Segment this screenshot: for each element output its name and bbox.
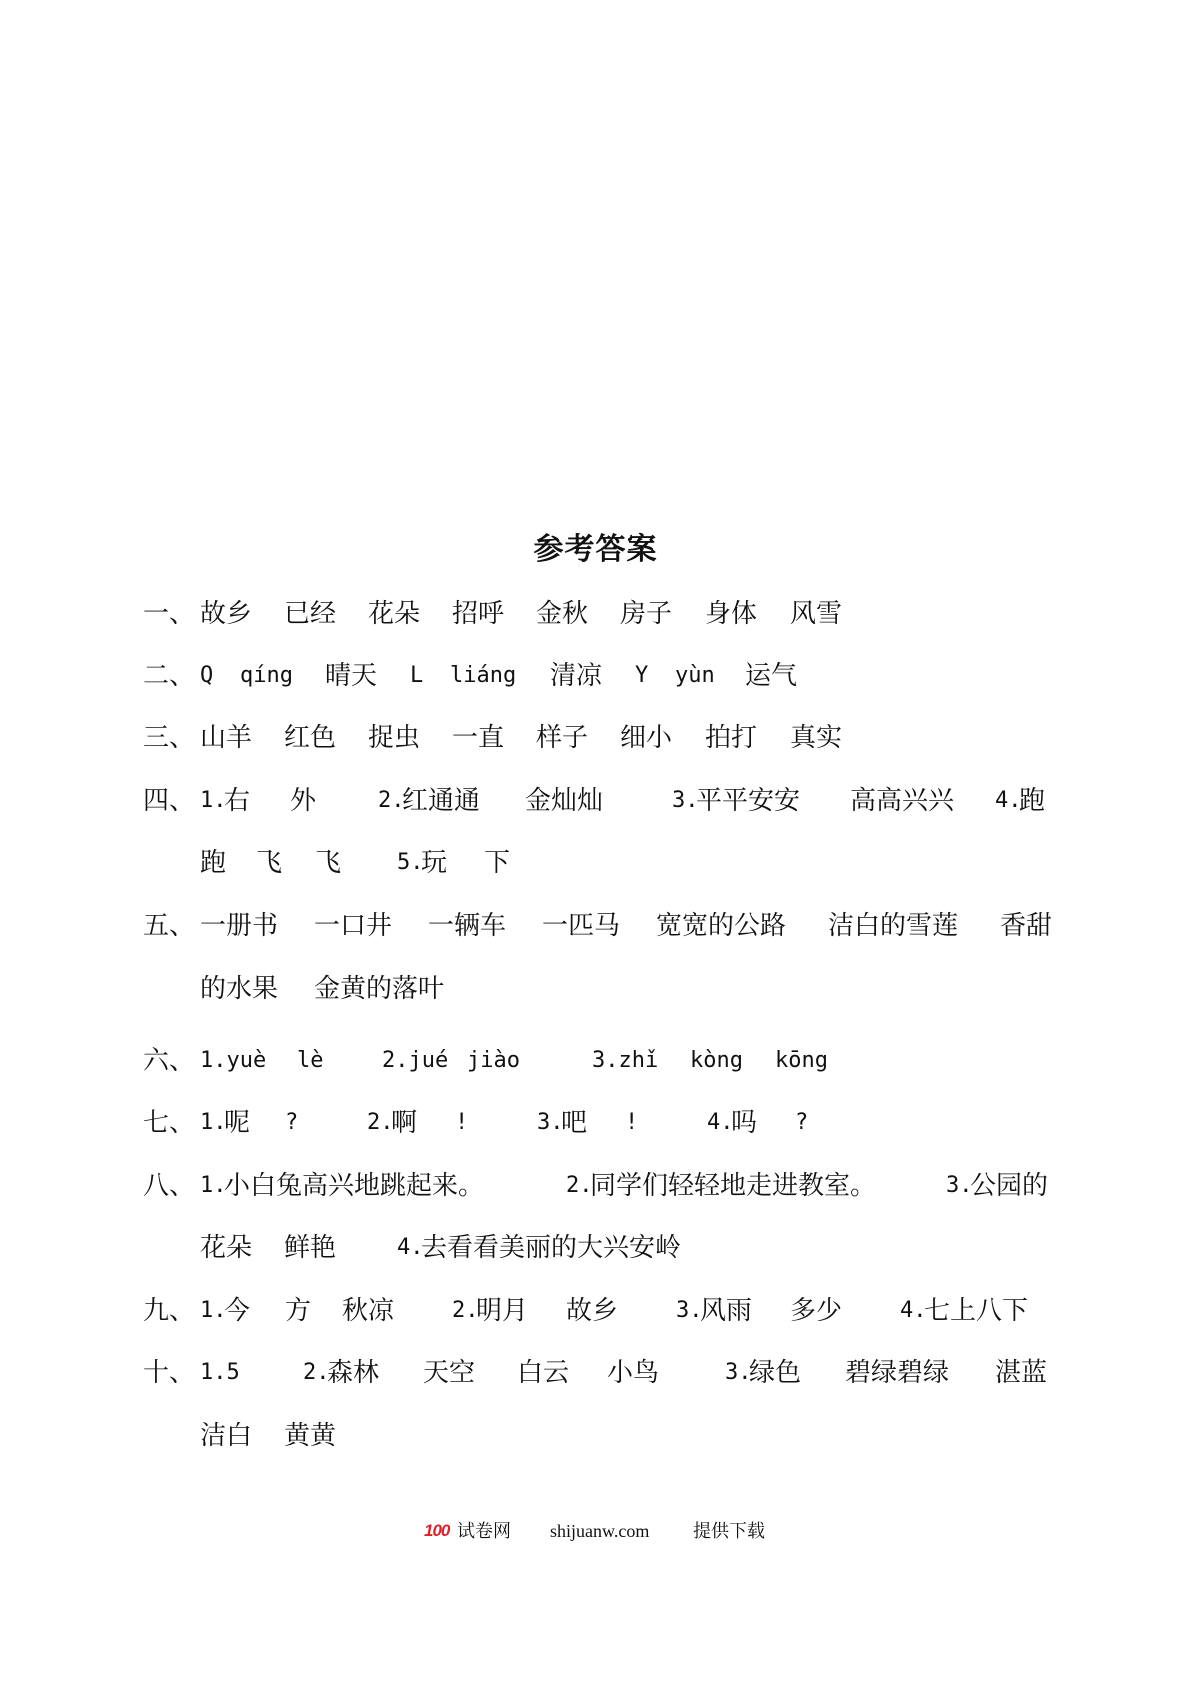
answer-text: 2. [303, 1353, 330, 1393]
answer-text: 5. [397, 843, 424, 883]
section-number: 二、 [143, 656, 195, 696]
answer-text: 小白兔高兴地跳起来。 [224, 1166, 484, 1206]
answer-text: 公园的 [970, 1166, 1048, 1206]
answer-row: 跑飞飞5.玩下 [0, 843, 1191, 883]
answer-text: 4. [900, 1291, 927, 1331]
answer-text: 2. [367, 1103, 394, 1143]
answer-text: 1. [200, 781, 227, 821]
answer-row: 八、1.小白兔高兴地跳起来。2.同学们轻轻地走进教室。3.公园的 [0, 1166, 1191, 1206]
answer-text: 拍打 [705, 718, 757, 758]
answer-text: 湛蓝 [995, 1353, 1047, 1393]
answer-text: 清凉 [550, 656, 602, 696]
answer-row: 四、1.右外2.红通通金灿灿3.平平安安高高兴兴4.跑 [0, 781, 1191, 821]
section-number: 七、 [143, 1103, 195, 1143]
answer-text: 2.jué [382, 1041, 448, 1081]
answer-text: 明月 [476, 1291, 528, 1331]
answer-text: 招呼 [452, 594, 504, 634]
answer-text: 晴天 [325, 656, 377, 696]
answer-text: 跑 [200, 843, 226, 883]
section-number: 十、 [143, 1353, 195, 1393]
answer-text: 1. [200, 1291, 227, 1331]
answer-text: 金秋 [536, 594, 588, 634]
answer-text: 细小 [620, 718, 672, 758]
answer-text: lè [297, 1041, 324, 1081]
answer-text: kòng [690, 1041, 743, 1081]
site-name: 试卷网 [457, 1517, 511, 1545]
answer-text: ! [455, 1103, 468, 1143]
answer-text: 3. [725, 1353, 752, 1393]
answer-text: 一册书 [200, 906, 278, 946]
answer-text: 飞 [315, 843, 341, 883]
answer-row: 一、故乡已经花朵招呼金秋房子身体风雪 [0, 594, 1191, 634]
answer-text: 秋凉 [342, 1291, 394, 1331]
answer-text: 吗 [731, 1103, 757, 1143]
answer-text: ! [625, 1103, 638, 1143]
answer-text: 今 [224, 1291, 250, 1331]
answer-text: 故乡 [200, 594, 252, 634]
answer-text: 去看看美丽的大兴安岭 [421, 1228, 681, 1268]
answer-text: 3. [676, 1291, 703, 1331]
answer-text: kōng [775, 1041, 828, 1081]
answer-text: 已经 [284, 594, 336, 634]
answer-text: 身体 [705, 594, 757, 634]
page-footer: 100 试卷网 shijuanw.com 提供下载 [0, 1517, 1191, 1545]
answer-text: 玩 [421, 843, 447, 883]
answer-text: 方 [285, 1291, 311, 1331]
answer-text: 样子 [536, 718, 588, 758]
answer-text: 的水果 [200, 969, 278, 1009]
answer-text: 运气 [745, 656, 797, 696]
answer-text: jiào [467, 1041, 520, 1081]
answer-text: 洁白的雪莲 [828, 906, 958, 946]
answer-text: 1. [200, 1103, 227, 1143]
answer-text: 金黄的落叶 [314, 969, 444, 1009]
answer-text: 跑 [1019, 781, 1045, 821]
site-domain-link[interactable]: shijuanw.com [550, 1517, 649, 1545]
answer-text: 右 [224, 781, 250, 821]
section-number: 六、 [143, 1041, 195, 1081]
section-number: 九、 [143, 1291, 195, 1331]
section-number: 八、 [143, 1166, 195, 1206]
answer-text: 鲜艳 [284, 1228, 336, 1268]
answer-text: 香甜 [1000, 906, 1052, 946]
answer-text: 3. [672, 781, 699, 821]
answer-text: 小鸟 [607, 1353, 659, 1393]
answer-text: 1. [200, 1166, 227, 1206]
answer-text: ? [795, 1103, 808, 1143]
answer-text: 一直 [452, 718, 504, 758]
answer-text: liáng [450, 656, 516, 696]
answer-text: 房子 [620, 594, 672, 634]
answer-text: 一辆车 [428, 906, 506, 946]
answer-row: 花朵鲜艳4.去看看美丽的大兴安岭 [0, 1228, 1191, 1268]
answer-text: 花朵 [200, 1228, 252, 1268]
section-number: 五、 [143, 906, 195, 946]
answer-text: 风雪 [790, 594, 842, 634]
answer-text: 捉虫 [368, 718, 420, 758]
answer-text: qíng [240, 656, 293, 696]
answer-key-page: 参考答案 一、故乡已经花朵招呼金秋房子身体风雪二、Qqíng晴天Lliáng清凉… [0, 0, 1191, 1684]
answer-text: 宽宽的公路 [656, 906, 786, 946]
answer-text: 2. [566, 1166, 593, 1206]
answer-text: 黄黄 [284, 1416, 336, 1456]
answer-text: 白云 [517, 1353, 569, 1393]
answer-row: 三、山羊红色捉虫一直样子细小拍打真实 [0, 718, 1191, 758]
download-note: 提供下载 [693, 1517, 765, 1545]
answer-text: 绿色 [749, 1353, 801, 1393]
answer-text: 风雨 [700, 1291, 752, 1331]
answer-text: 呢 [224, 1103, 250, 1143]
section-number: 四、 [143, 781, 195, 821]
answer-text: 一匹马 [542, 906, 620, 946]
answer-text: 下 [484, 843, 510, 883]
answer-text: 天空 [423, 1353, 475, 1393]
answer-text: Q [200, 656, 213, 696]
section-number: 三、 [143, 718, 195, 758]
answer-text: 七上八下 [924, 1291, 1028, 1331]
answer-text: 高高兴兴 [850, 781, 954, 821]
answer-text: 故乡 [566, 1291, 618, 1331]
answer-row: 的水果金黄的落叶 [0, 969, 1191, 1009]
answer-text: 山羊 [200, 718, 252, 758]
answer-row: 洁白黄黄 [0, 1416, 1191, 1456]
answer-text: 1.5 [200, 1353, 240, 1393]
site-logo-icon: 100 [424, 1517, 449, 1545]
answer-row: 二、Qqíng晴天Lliáng清凉Yyùn运气 [0, 656, 1191, 696]
answer-text: 真实 [790, 718, 842, 758]
answer-text: 啊 [391, 1103, 417, 1143]
answer-text: 外 [290, 781, 316, 821]
section-number: 一、 [143, 594, 195, 634]
answer-text: L [410, 656, 423, 696]
answer-text: 洁白 [200, 1416, 252, 1456]
answer-text: 4. [995, 781, 1022, 821]
answer-row: 五、一册书一口井一辆车一匹马宽宽的公路洁白的雪莲香甜 [0, 906, 1191, 946]
answer-row: 九、1.今方秋凉2.明月故乡3.风雨多少4.七上八下 [0, 1291, 1191, 1331]
answer-text: 碧绿碧绿 [845, 1353, 949, 1393]
answer-text: 飞 [256, 843, 282, 883]
answer-row: 七、1.呢?2.啊!3.吧!4.吗? [0, 1103, 1191, 1143]
answer-text: 2. [452, 1291, 479, 1331]
page-title: 参考答案 [0, 530, 1191, 570]
answer-text: 吧 [561, 1103, 587, 1143]
answer-row: 十、1.52.森林天空白云小鸟3.绿色碧绿碧绿湛蓝 [0, 1353, 1191, 1393]
answer-text: 3. [946, 1166, 973, 1206]
answer-text: 3. [537, 1103, 564, 1143]
answer-text: Y [635, 656, 648, 696]
answer-text: yùn [675, 656, 715, 696]
answer-text: 金灿灿 [525, 781, 603, 821]
answer-text: 平平安安 [696, 781, 800, 821]
answer-text: 4. [707, 1103, 734, 1143]
answer-text: 花朵 [368, 594, 420, 634]
answer-text: 一口井 [314, 906, 392, 946]
answer-text: ? [285, 1103, 298, 1143]
answer-row: 六、1.yuèlè2.juéjiào3.zhǐkòngkōng [0, 1041, 1191, 1081]
answer-text: 2. [378, 781, 405, 821]
answer-text: 多少 [790, 1291, 842, 1331]
answer-text: 4. [397, 1228, 424, 1268]
answer-text: 红通通 [402, 781, 480, 821]
answer-text: 1.yuè [200, 1041, 266, 1081]
answer-text: 森林 [327, 1353, 379, 1393]
answer-text: 3.zhǐ [592, 1041, 658, 1081]
answer-text: 红色 [284, 718, 336, 758]
answer-text: 同学们轻轻地走进教室。 [590, 1166, 876, 1206]
